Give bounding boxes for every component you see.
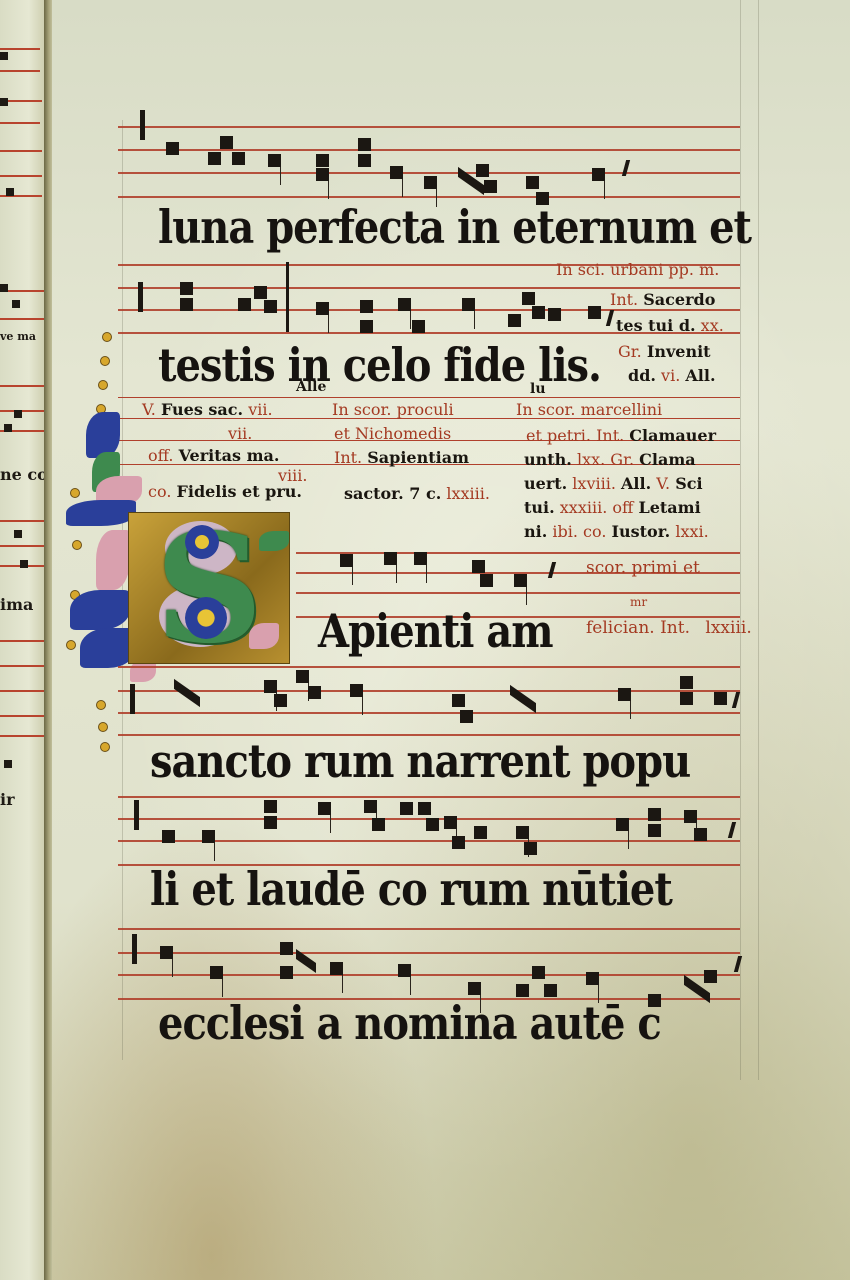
- note: [316, 302, 329, 315]
- note: [264, 816, 277, 829]
- folio-number: xx.: [701, 316, 724, 335]
- staff-line: [0, 735, 44, 737]
- staff-line: [118, 172, 740, 174]
- rubric-introit-clamaverunt: et petri. Int. Clamauer: [526, 428, 716, 444]
- staff-line: [0, 640, 46, 642]
- note: [340, 554, 353, 567]
- folio-number: vii.: [248, 400, 272, 419]
- acanthus-leaf: [70, 590, 130, 630]
- note: [0, 52, 8, 60]
- flower-icon: [185, 597, 227, 639]
- note: [364, 800, 377, 813]
- note: [166, 142, 179, 155]
- note: [414, 552, 427, 565]
- c-clef-icon: [134, 800, 145, 830]
- staff-line: [0, 410, 44, 412]
- note: [274, 694, 287, 707]
- rubric-label: ibi. co.: [552, 522, 606, 541]
- note: [316, 154, 329, 167]
- staff-line: [296, 592, 740, 594]
- acanthus-leaf: [66, 500, 136, 526]
- note: [160, 946, 173, 959]
- note: [714, 692, 727, 705]
- staff-line: [0, 150, 42, 152]
- c-clef-icon: [130, 684, 141, 714]
- rubric-feast-urban: In sci. urbani pp. m.: [556, 262, 719, 278]
- incipit-text: Clamauer: [629, 426, 716, 445]
- incipit-text: unth.: [524, 450, 572, 469]
- note: [452, 836, 465, 849]
- custos: [548, 562, 556, 578]
- left-page-text: ir: [0, 790, 15, 809]
- note: [694, 828, 707, 841]
- staff-line: [0, 545, 46, 547]
- note: [4, 424, 12, 432]
- incipit-text: uert.: [524, 474, 567, 493]
- note: [318, 802, 331, 815]
- incipit-text: Sapientiam: [367, 448, 469, 467]
- penwork-dot: [96, 700, 106, 710]
- note: [238, 298, 251, 311]
- note: [588, 306, 601, 319]
- rubric-line: et Nichomedis: [334, 426, 451, 442]
- rubric-introit-line: felician. Int. lxxiii.: [586, 620, 752, 637]
- rubric-text: In sci. urbani pp. m.: [556, 260, 719, 279]
- note: [586, 972, 599, 985]
- note: [254, 286, 267, 299]
- staff-line: [118, 287, 740, 289]
- note: [220, 136, 233, 149]
- note: [232, 152, 245, 165]
- rubric-label: Int.: [334, 448, 362, 467]
- custos: [606, 310, 614, 326]
- incipit-text: All.: [621, 474, 651, 493]
- ruling-line: [740, 0, 741, 1080]
- note: [680, 676, 693, 689]
- note: [372, 818, 385, 831]
- note: [426, 818, 439, 831]
- lyric-line-5: li et laudē co rum nūtiet: [150, 862, 672, 916]
- rubric-text: In scor. marcellini: [516, 400, 662, 419]
- lu-marker: lu: [530, 382, 546, 396]
- rubric-label: Int.: [610, 290, 638, 309]
- note: [358, 138, 371, 151]
- c-clef-icon: [140, 110, 151, 140]
- rubric-offertory-veritas: off. Veritas ma.: [148, 448, 279, 464]
- rubric-introit-sacerdotes: Int. Sacerdo: [610, 292, 715, 308]
- c-clef-icon: [138, 282, 149, 312]
- staff-line: [118, 712, 740, 714]
- note: [264, 680, 277, 693]
- note: [180, 298, 193, 311]
- left-page-fragment: ve ma ne co ima ir: [0, 0, 48, 1280]
- lyric-line-3: Apienti am: [318, 604, 553, 658]
- note: [412, 320, 425, 333]
- note: [360, 320, 373, 333]
- left-page-text: ima: [0, 595, 33, 614]
- note: [648, 808, 661, 821]
- note: [360, 300, 373, 313]
- incipit-text: Sci: [675, 474, 702, 493]
- rubric-text: In scor. proculi: [332, 400, 454, 419]
- note: [516, 984, 529, 997]
- incipit-text: Veritas ma.: [179, 446, 280, 465]
- staff-line: [0, 70, 40, 72]
- rubric-superscript: mr: [630, 596, 647, 608]
- rubric-line: dd. vi. All.: [628, 368, 716, 384]
- rubric-offertory-letamini: tui. xxxiii. off Letami: [524, 500, 701, 516]
- note: [460, 710, 473, 723]
- rubric-label: lxx. Gr.: [577, 450, 634, 469]
- note: [524, 842, 537, 855]
- note: [12, 300, 20, 308]
- staff-line: [0, 385, 44, 387]
- note: [308, 686, 321, 699]
- note: [526, 176, 539, 189]
- penwork-dot: [98, 380, 108, 390]
- note: [680, 692, 693, 705]
- rubric-communion-iustorum: ni. ibi. co. Iustor. lxxi.: [524, 524, 709, 540]
- folio-number: lxxiii.: [705, 618, 751, 638]
- rubric-label: et petri. Int.: [526, 426, 624, 445]
- rubric-text: mr: [630, 595, 647, 609]
- incipit-text: Sacerdo: [643, 290, 715, 309]
- staff-line: [118, 196, 740, 198]
- rubric-label: V.: [142, 400, 156, 419]
- note: [384, 552, 397, 565]
- alle-marker: Alle: [296, 380, 326, 394]
- note: [0, 98, 8, 106]
- rubric-text: felician. Int.: [586, 618, 690, 638]
- lyric-line-4: sancto rum narrent popu: [150, 734, 690, 788]
- note: [514, 574, 527, 587]
- rubric-gradual-invenit: Gr. Invenit: [618, 344, 711, 360]
- acanthus-leaf: [259, 531, 289, 551]
- note: [616, 818, 629, 831]
- staff-line: [0, 665, 46, 667]
- rubric-line: unth. lxx. Gr. Clama: [524, 452, 696, 468]
- staff-line: [0, 318, 44, 320]
- incipit-text: Letami: [638, 498, 700, 517]
- note: [4, 760, 12, 768]
- rubric-verse-fues: V. Fues sac. vii.: [142, 402, 273, 418]
- folio-number: lxviii.: [572, 474, 616, 493]
- incipit-text: Fidelis et pru.: [177, 482, 303, 501]
- note: [684, 810, 697, 823]
- note: [350, 684, 363, 697]
- staff-line: [118, 690, 740, 692]
- incipit-text: Fues sac.: [161, 400, 243, 419]
- rubric-text: et Nichomedis: [334, 424, 451, 443]
- penwork-dot: [100, 356, 110, 366]
- folio-number: vi.: [661, 366, 680, 385]
- ligature: [174, 679, 200, 707]
- ruling-line: [758, 0, 759, 1080]
- penwork-dot: [98, 722, 108, 732]
- staff-line: [118, 796, 740, 798]
- penwork-dot: [70, 488, 80, 498]
- incipit-text: sactor. 7 c.: [344, 484, 441, 503]
- note: [508, 314, 521, 327]
- incipit-text: Clama: [639, 450, 695, 469]
- note: [480, 574, 493, 587]
- staff-line: [118, 309, 740, 311]
- note: [522, 292, 535, 305]
- staff-line: [118, 952, 740, 954]
- acanthus-leaf: [249, 623, 279, 649]
- lyric-line-6: ecclesi a nomina autē c: [158, 996, 661, 1050]
- note: [180, 282, 193, 295]
- left-page-text: ne co: [0, 465, 48, 484]
- staff-line: [0, 520, 46, 522]
- penwork-dot: [66, 640, 76, 650]
- folio-number: lxxi.: [675, 522, 708, 541]
- rubric-line: uert. lxviii. All. V. Sci: [524, 476, 703, 492]
- note: [452, 694, 465, 707]
- note: [548, 308, 561, 321]
- note: [544, 984, 557, 997]
- note: [476, 164, 489, 177]
- folio-number: lxxiii.: [446, 484, 490, 503]
- note: [468, 982, 481, 995]
- staff-line: [118, 126, 740, 128]
- note: [280, 942, 293, 955]
- note: [532, 966, 545, 979]
- note: [264, 300, 277, 313]
- note: [280, 966, 293, 979]
- note: [618, 688, 631, 701]
- note: [444, 816, 457, 829]
- staff-line: [0, 690, 46, 692]
- staff-line: [118, 666, 740, 668]
- custos: [732, 692, 740, 708]
- staff-line: [0, 175, 42, 177]
- marker-text: Alle: [296, 379, 326, 395]
- flower-icon: [185, 525, 219, 559]
- rubric-line: tes tui d. xx.: [616, 318, 724, 334]
- rubric-line: vii.: [228, 426, 252, 442]
- note: [202, 830, 215, 843]
- music-staff-6: [118, 926, 740, 1006]
- c-clef-icon: [132, 934, 143, 964]
- note: [358, 154, 371, 167]
- note: [484, 180, 497, 193]
- note: [316, 168, 329, 181]
- note: [330, 962, 343, 975]
- staff-line: [296, 552, 740, 554]
- rubric-label: V.: [656, 474, 670, 493]
- folio-number: vii.: [228, 424, 252, 443]
- note: [648, 824, 661, 837]
- note: [516, 826, 529, 839]
- penwork-dot: [100, 742, 110, 752]
- note: [210, 966, 223, 979]
- penwork-dot: [72, 540, 82, 550]
- note: [400, 802, 413, 815]
- barline: [286, 262, 289, 332]
- note: [592, 168, 605, 181]
- staff-line: [0, 715, 44, 717]
- marker-text: lu: [530, 381, 546, 397]
- staff-line: [0, 122, 40, 124]
- note: [14, 410, 22, 418]
- rubric-label: off.: [148, 446, 174, 465]
- illuminated-initial-S: S: [128, 512, 290, 664]
- rubric-feast-proculus: In scor. proculi: [332, 402, 454, 418]
- incipit-text: Iustor.: [612, 522, 671, 541]
- note: [296, 670, 309, 683]
- note: [532, 306, 545, 319]
- custos: [728, 822, 736, 838]
- note: [704, 970, 717, 983]
- rubric-communion-fidelis: co. Fidelis et pru.: [148, 484, 302, 500]
- incipit-text: tes tui d.: [616, 316, 696, 335]
- penwork-dot: [102, 332, 112, 342]
- rubric-text: scor. primi et: [586, 558, 700, 578]
- left-page-text: ve ma: [0, 330, 36, 343]
- incipit-text: dd.: [628, 366, 656, 385]
- note: [398, 298, 411, 311]
- rubric-label: xxxiii. off: [560, 498, 634, 517]
- music-staff-1: [118, 124, 740, 204]
- incipit-text: Invenit: [647, 342, 711, 361]
- note: [14, 530, 22, 538]
- staff-line: [118, 149, 740, 151]
- staff-line: [0, 48, 40, 50]
- rubric-rule: [118, 397, 740, 398]
- note: [424, 176, 437, 189]
- rubric-label: Gr.: [618, 342, 642, 361]
- note: [268, 154, 281, 167]
- incipit-text: ni.: [524, 522, 547, 541]
- note: [390, 166, 403, 179]
- note: [162, 830, 175, 843]
- staff-line: [118, 928, 740, 930]
- rubric-line: sactor. 7 c. lxxiii.: [344, 486, 490, 502]
- note: [20, 560, 28, 568]
- note: [462, 298, 475, 311]
- note: [418, 802, 431, 815]
- lyric-line-1: luna perfecta in eternum et: [158, 200, 751, 254]
- rubric-feast-marcellinus: In scor. marcellini: [516, 402, 662, 418]
- note: [208, 152, 221, 165]
- rubric-feast-primus-felicianus: scor. primi et: [586, 560, 700, 577]
- note: [472, 560, 485, 573]
- note: [0, 284, 8, 292]
- note: [474, 826, 487, 839]
- incipit-text: All.: [685, 366, 715, 385]
- note: [264, 800, 277, 813]
- note: [6, 188, 14, 196]
- rubric-introit-sapientiam: Int. Sapientiam: [334, 450, 469, 466]
- note: [398, 964, 411, 977]
- acanthus-leaf: [96, 530, 130, 590]
- incipit-text: tui.: [524, 498, 555, 517]
- rubric-label: co.: [148, 482, 171, 501]
